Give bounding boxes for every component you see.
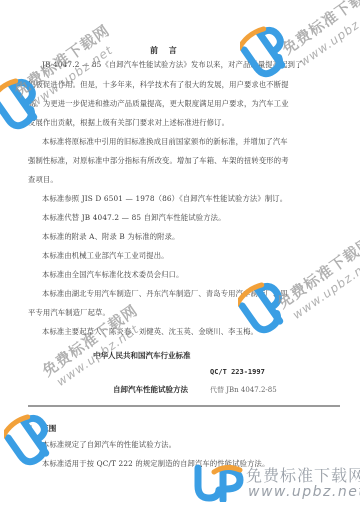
foreword-line-2: 积极促进作用。但是，十多年来，科学技术有了很大的发展，用户要求也不断提 <box>28 80 289 89</box>
section-1-line-1: 本标准规定了自卸汽车的性能试验方法。 <box>42 440 176 449</box>
foreword-line-4: 发展作出贡献，根据上级有关部门要求对上述标准进行修订。 <box>28 118 229 127</box>
up-logo-icon <box>240 20 290 80</box>
standard-replaces: 代替 JBn 4047.2-85 <box>210 385 277 395</box>
foreword-line-12: 本标准由全国汽车标准化技术委员会归口。 <box>42 270 184 279</box>
foreword-line-6: 强制性标准，对原标准中部分指标有所改变。增加了车箱、车架的扭转变形的考 <box>28 156 289 165</box>
foreword-line-10: 本标准的附录 A、附录 B 为标准的附录。 <box>42 232 180 241</box>
section-1-line-2: 本标准适用于按 QC/T 222 的规定制造的自卸汽车的性能试验方法。 <box>42 459 269 468</box>
section-title: 范围 <box>41 424 56 433</box>
foreword-line-14: 平专用汽车制造厂起草。 <box>28 308 110 317</box>
section-number: 1 <box>28 424 33 433</box>
watermark-url: www.upbz.net <box>290 255 360 322</box>
standard-org: 中华人民共和国汽车行业标准 <box>93 350 191 361</box>
watermark-url: www.upbz.net <box>297 2 360 69</box>
standard-title: 自卸汽车性能试验方法 <box>113 384 188 395</box>
standard-code: QC/T 223-1997 <box>210 368 265 376</box>
watermark-site-name: 免费标准下载网 <box>273 232 360 313</box>
foreword-line-9: 本标准代替 JB 4047.2 — 85 自卸汽车性能试验方法。 <box>42 213 226 222</box>
foreword-line-5: 本标准将原标准中引用的旧标准换成目前国家颁布的新标准，并增加了汽车 <box>42 137 288 146</box>
foreword-line-1: JB 4047.2 — 85《自卸汽车性能试验方法》发布以来，对产品质量提高起到… <box>42 60 303 69</box>
foreword-title: 前 言 <box>150 45 181 56</box>
foreword-line-11: 本标准由机械工业部汽车工业司提出。 <box>42 251 169 260</box>
header-divider <box>28 405 340 407</box>
foreword-line-3: 高。为更进一步促进和推动产品质量提高，更大限度满足用户要求，为汽车工业 <box>28 99 289 108</box>
section-1-heading: 1范围 <box>28 423 56 434</box>
document-page: 前 言 JB 4047.2 — 85《自卸汽车性能试验方法》发布以来，对产品质量… <box>0 0 360 509</box>
foreword-line-8: 本标准参照 JIS D 6501 — 1978（86）《自卸汽车性能试验方法》制… <box>42 194 287 203</box>
foreword-line-15: 本标准主要起草人：陈炎春、刘健英、沈玉英、金晓川、李玉梅。 <box>42 327 258 336</box>
watermark-url: www.upbz.net <box>248 484 360 500</box>
foreword-line-7: 查项目。 <box>28 175 58 184</box>
up-logo-icon <box>192 462 246 502</box>
watermark-site-name: 免费标准下载网 <box>278 0 360 59</box>
foreword-line-13: 本标准由湖北专用汽车制造厂、丹东汽车制造厂、青岛专用汽车制造厂、四 <box>42 289 288 298</box>
